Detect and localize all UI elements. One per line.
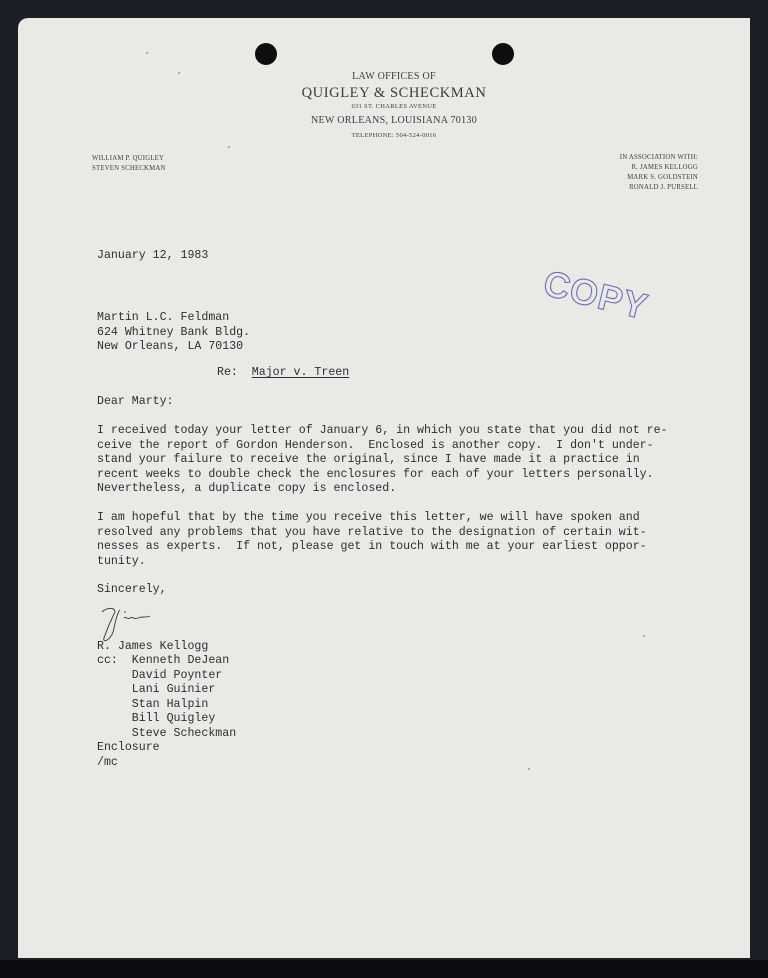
cc-recipient: Stan Halpin [132,698,209,711]
paper-speck [146,52,148,54]
cc-recipient: David Poynter [132,669,222,682]
letterhead-partners: WILLIAM P. QUIGLEY STEVEN SCHECKMAN [92,154,166,174]
punch-hole [492,43,514,65]
body-line: nesses as experts. If not, please get in… [97,540,647,555]
letterhead-associates: IN ASSOCIATION WITH: R. JAMES KELLOGG MA… [620,153,698,193]
paper-speck [178,72,180,74]
punch-hole [255,43,277,65]
body-line: tunity. [97,555,647,570]
paper-speck [228,146,230,148]
body-line: stand your failure to receive the origin… [97,453,668,468]
paper-speck [643,635,645,637]
body-line: Nevertheless, a duplicate copy is enclos… [97,482,668,497]
body-line: resolved any problems that you have rela… [97,526,647,541]
partner-name: WILLIAM P. QUIGLEY [92,154,166,164]
copy-stamp: COPY [523,268,673,338]
closing: Sincerely, [97,583,167,598]
body-line: I am hopeful that by the time you receiv… [97,511,647,526]
body-line: recent weeks to double check the enclosu… [97,468,668,483]
body-line: I received today your letter of January … [97,424,668,439]
associate-name: RONALD J. PURSELL [620,183,698,193]
recipient-line: Martin L.C. Feldman [97,311,250,326]
salutation: Dear Marty: [97,395,174,410]
re-line: Re: Major v. Treen [217,366,349,381]
association-heading: IN ASSOCIATION WITH: [620,153,698,163]
handwritten-signature [96,604,166,644]
letter-page: LAW OFFICES OF QUIGLEY & SCHECKMAN 631 S… [18,18,750,958]
letter-date: January 12, 1983 [97,249,208,264]
paragraph-1: I received today your letter of January … [97,424,668,497]
re-label: Re: [217,366,238,379]
enclosure-note: Enclosure [97,741,160,756]
paper-speck [528,768,530,770]
re-case: Major v. Treen [252,366,349,379]
letterhead-telephone: TELEPHONE: 504-524-0016 [266,132,522,139]
letterhead-city: NEW ORLEANS, LOUISIANA 70130 [266,115,522,126]
cc-list: cc: Kenneth DeJean David Poynter Lani Gu… [97,654,236,741]
recipient-line: New Orleans, LA 70130 [97,340,250,355]
signer-name: R. James Kellogg [97,640,208,655]
svg-text:COPY: COPY [540,268,653,327]
letterhead-street: 631 ST. CHARLES AVENUE [266,103,522,110]
recipient-address: Martin L.C. Feldman624 Whitney Bank Bldg… [97,311,250,355]
letterhead-firm-name: QUIGLEY & SCHECKMAN [266,85,522,102]
body-line: ceive the report of Gordon Henderson. En… [97,439,668,454]
associate-name: MARK S. GOLDSTEIN [620,173,698,183]
letterhead-law-offices: LAW OFFICES OF [266,71,522,82]
paragraph-2: I am hopeful that by the time you receiv… [97,511,647,569]
typist-initials: /mc [97,756,118,771]
cc-recipient: Steve Scheckman [132,727,236,740]
cc-recipient: Lani Guinier [132,683,216,696]
recipient-line: 624 Whitney Bank Bldg. [97,326,250,341]
cc-label: cc: [97,654,118,667]
cc-recipient: Kenneth DeJean [132,654,229,667]
cc-recipient: Bill Quigley [132,712,216,725]
associate-name: R. JAMES KELLOGG [620,163,698,173]
partner-name: STEVEN SCHECKMAN [92,164,166,174]
